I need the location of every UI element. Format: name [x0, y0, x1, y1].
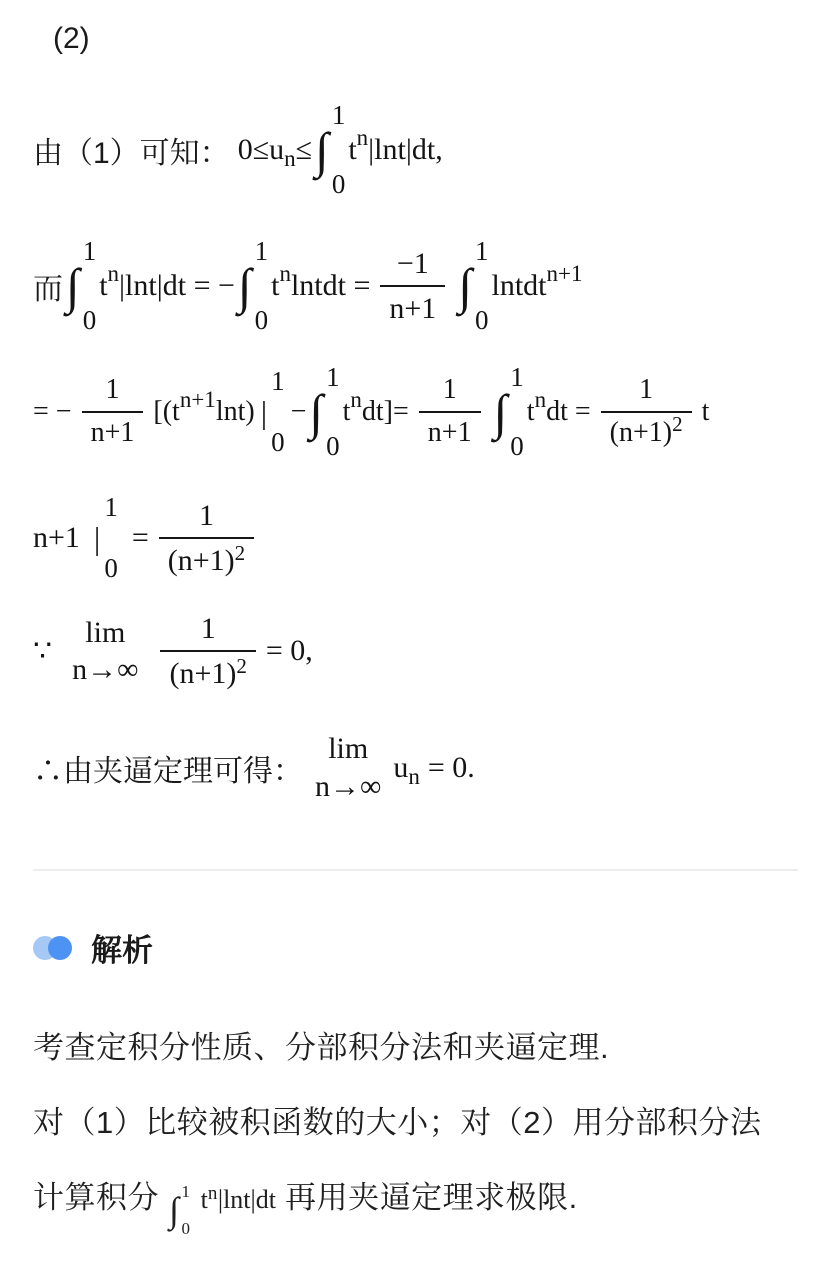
fraction: 1(n+1)2 — [159, 499, 254, 577]
superscript: n — [357, 125, 369, 151]
integral-upper-limit: 1 — [255, 238, 269, 265]
math-text: t — [271, 269, 279, 303]
solution-line-1: 由（1）可知： 0≤un≤ ∫10 tn|lnt|dt, — [33, 102, 802, 198]
superscript: n+1 — [180, 387, 216, 413]
lim-subscript: n→∞ — [72, 651, 138, 689]
section-divider — [33, 869, 798, 871]
math-text: u — [393, 751, 408, 785]
fraction-bar — [159, 537, 254, 539]
eval-upper-limit: 1 — [104, 494, 118, 521]
fraction: 1n+1 — [82, 375, 144, 449]
fraction-numerator: 1 — [190, 499, 223, 532]
integral-lower-limit: 0 — [255, 307, 269, 334]
analysis-text: 再用夹逼定理求极限. — [285, 1180, 578, 1215]
superscript: n — [350, 387, 362, 413]
superscript: n+1 — [547, 261, 583, 287]
fraction-numerator: 1 — [192, 612, 225, 645]
subscript: n — [284, 146, 296, 172]
superscript: 2 — [235, 541, 246, 565]
lim-text: lim — [328, 730, 368, 768]
integral-upper-limit: 1 — [332, 102, 346, 129]
math-text: lntdt — [492, 269, 547, 303]
fraction-bar — [160, 650, 255, 652]
math-text: dt]= — [362, 396, 409, 428]
integral-upper-limit: 1 — [326, 364, 340, 391]
fraction: 1(n+1)2 — [601, 375, 692, 449]
integral-lower-limit: 0 — [475, 307, 489, 334]
fraction-denominator: (n+1)2 — [601, 418, 692, 449]
superscript: n — [535, 387, 547, 413]
math-text: t — [99, 269, 107, 303]
fraction-numerator: −1 — [388, 247, 438, 280]
solution-line-2: 而 ∫10 tn|lnt|dt = − ∫10 tnlntdt = −1n+1 … — [33, 238, 802, 334]
integral-upper-limit: 1 — [510, 364, 524, 391]
subscript: n — [408, 764, 420, 790]
integral-icon: ∫ — [458, 261, 472, 311]
fraction-denominator: (n+1)2 — [159, 544, 254, 577]
math-text: |lnt|dt = − — [119, 269, 235, 303]
integral-icon: ∫ — [169, 1192, 179, 1228]
analysis-paragraph-2: 对（1）比较被积函数的大小；对（2）用分部积分法 — [33, 1097, 802, 1142]
fraction: −1n+1 — [380, 247, 445, 325]
math-text: − — [291, 396, 307, 428]
integral-lower-limit: 0 — [332, 171, 346, 198]
fraction: 1(n+1)2 — [160, 612, 255, 690]
math-text: t — [343, 396, 351, 428]
fraction-denominator: (n+1)2 — [160, 657, 255, 690]
vertical-bar-icon: | — [94, 520, 100, 557]
superscript: n — [208, 1183, 218, 1204]
fraction-numerator: 1 — [434, 375, 466, 406]
integral-lower-limit: 0 — [510, 433, 524, 460]
math-text: [(t — [153, 396, 179, 428]
solution-line-4: n+1 |10 = 1(n+1)2 — [33, 494, 802, 582]
integral-icon: ∫ — [309, 387, 323, 437]
lim-text: lim — [85, 614, 125, 652]
fraction-denominator: n+1 — [380, 292, 445, 325]
fraction-denominator-text: (n+1) — [169, 657, 236, 690]
math-text: 0≤u — [238, 133, 284, 167]
eval-lower-limit: 0 — [271, 429, 285, 456]
math-text: t — [527, 396, 535, 428]
integral: ∫10 — [238, 238, 268, 334]
math-text: dt = — [546, 396, 591, 428]
eval-lower-limit: 0 — [104, 555, 118, 582]
lim-subscript: n→∞ — [315, 768, 381, 806]
integral-upper-limit: 1 — [475, 238, 489, 265]
math-text: n+1 — [33, 521, 80, 555]
math-text: lntdt = — [291, 269, 370, 303]
analysis-header: 解析 — [33, 925, 802, 970]
analysis-text: 计算积分 — [33, 1180, 159, 1215]
line1-chinese-prefix: 由（1）可知： — [33, 128, 230, 172]
fraction-bar — [82, 411, 144, 413]
inline-integral: ∫10 — [169, 1183, 190, 1237]
solution-page: (2) 由（1）可知： 0≤un≤ ∫10 tn|lnt|dt, 而 ∫10 t… — [0, 0, 828, 1277]
evaluation-bar: |10 — [261, 368, 285, 456]
math-text: = — [132, 521, 149, 555]
fraction-denominator-text: (n+1) — [168, 544, 235, 577]
fraction-denominator-text: (n+1) — [610, 417, 672, 448]
math-text: |lnt|dt, — [368, 133, 443, 167]
math-text: lnt) — [216, 396, 255, 428]
integral-icon: ∫ — [238, 261, 252, 311]
math-text: t — [702, 396, 710, 428]
fraction-denominator: n+1 — [82, 418, 144, 449]
solution-line-3: = − 1n+1 [(tn+1lnt) |10 − ∫10 tndt]= 1n+… — [33, 364, 802, 460]
integral-icon: ∫ — [315, 125, 329, 175]
superscript: n — [279, 261, 291, 287]
fraction-bar — [419, 411, 481, 413]
math-text: t — [201, 1185, 208, 1214]
superscript: n — [108, 261, 120, 287]
limit-stack: limn→∞ — [315, 730, 381, 805]
vertical-bar-icon: | — [261, 394, 267, 431]
line2-chinese-prefix: 而 — [33, 264, 63, 308]
evaluation-bar: |10 — [94, 494, 118, 582]
math-text: = 0, — [266, 634, 313, 668]
integral-lower-limit: 0 — [182, 1220, 191, 1237]
overlapping-circles-icon — [33, 935, 77, 961]
because-symbol: ∵ — [33, 634, 52, 669]
circle-right-icon — [48, 936, 72, 960]
integral: ∫10 — [66, 238, 96, 334]
math-text: = 0. — [428, 751, 475, 785]
integral-icon: ∫ — [494, 387, 508, 437]
eval-upper-limit: 1 — [271, 368, 285, 395]
analysis-title: 解析 — [91, 925, 153, 970]
math-text: = − — [33, 396, 72, 428]
analysis-paragraph-1: 考查定积分性质、分部积分法和夹逼定理. — [33, 1022, 802, 1067]
line6-chinese-prefix: ∴由夹逼定理可得： — [33, 746, 303, 790]
solution-line-6: ∴由夹逼定理可得： limn→∞ un= 0. — [33, 730, 802, 805]
integral: ∫10 — [309, 364, 339, 460]
solution-line-5: ∵ limn→∞ 1(n+1)2 = 0, — [33, 612, 802, 690]
math-text: t — [348, 133, 356, 167]
fraction-denominator: n+1 — [419, 418, 481, 449]
integral: ∫10 — [494, 364, 524, 460]
fraction: 1n+1 — [419, 375, 481, 449]
fraction-bar — [380, 285, 445, 287]
integral-lower-limit: 0 — [83, 307, 97, 334]
fraction-numerator: 1 — [630, 375, 662, 406]
superscript: 2 — [672, 412, 683, 436]
integral: ∫10 — [458, 238, 488, 334]
integral-upper-limit: 1 — [83, 238, 97, 265]
math-text: ≤ — [296, 133, 312, 167]
limit-stack: limn→∞ — [72, 614, 138, 689]
integral-upper-limit: 1 — [182, 1183, 191, 1200]
math-text: |lnt|dt — [218, 1185, 276, 1214]
analysis-paragraph-3: 计算积分 ∫10 tn|lnt|dt 再用夹逼定理求极限. — [33, 1172, 802, 1237]
integral-lower-limit: 0 — [326, 433, 340, 460]
integral-icon: ∫ — [66, 261, 80, 311]
part-label: (2) — [53, 22, 802, 56]
integral: ∫10 — [315, 102, 345, 198]
fraction-numerator: 1 — [96, 375, 128, 406]
superscript: 2 — [236, 654, 247, 678]
